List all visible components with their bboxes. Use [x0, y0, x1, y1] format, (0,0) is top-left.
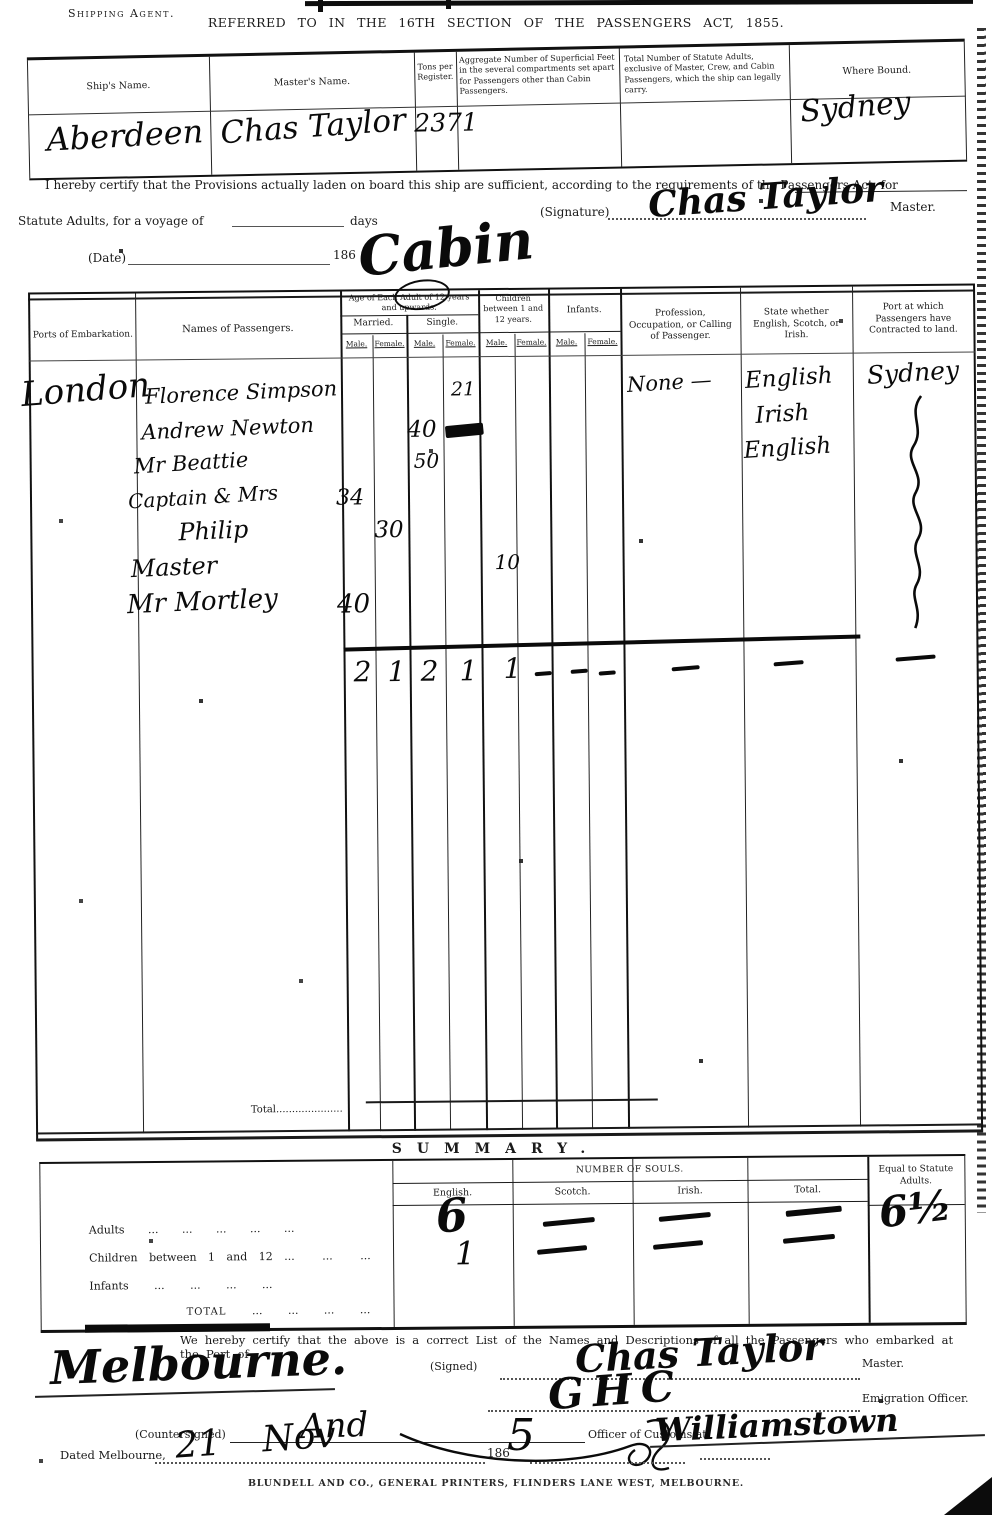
age-single-male: 50 — [414, 449, 440, 473]
female-header: Female. — [514, 338, 548, 348]
total-married-female: 1 — [388, 655, 406, 688]
passenger-name: Mr Beattie — [133, 447, 249, 478]
summary-table: NUMBER OF SOULS. English. Scotch. Irish.… — [39, 1154, 966, 1333]
date-label: (Date) — [88, 251, 126, 265]
total-infants-male — [571, 669, 588, 674]
ship-name-header: Ship's Name. — [27, 79, 209, 95]
statute-adults-header: Total Number of Statute Adults, exclusiv… — [624, 51, 785, 96]
total-married-male: 2 — [354, 655, 372, 688]
master-name-header: Master's Name. — [209, 75, 414, 91]
dated-day-script: 21 Nov — [174, 1414, 337, 1466]
total-single-female: 1 — [460, 654, 478, 687]
col-total: Total. — [747, 1184, 867, 1197]
summary-row-adults: Adults ... ... ... ... ... — [89, 1222, 295, 1237]
port-land-value: Sydney — [866, 355, 960, 390]
leader-dots: ... ... ... ... — [154, 1278, 273, 1292]
female-header: Female. — [442, 338, 478, 348]
total-children-male: 1 — [503, 652, 521, 685]
cabin-script: Cabin — [355, 207, 536, 289]
total-profession-dash — [672, 665, 700, 671]
ship-name-value: Aberdeen — [46, 112, 205, 159]
summary-row-children: Children between 1 and 12 ... ... ... — [89, 1249, 371, 1264]
female-header: Female. — [584, 337, 620, 347]
col-scotch: Scotch. — [513, 1186, 633, 1199]
nationality-value: English — [743, 433, 832, 464]
male-header: Male. — [406, 339, 442, 349]
dated-year-script: 5 — [507, 1410, 535, 1461]
leader-dots: ..................... — [276, 1104, 343, 1116]
port-land-header: Port at which Passengers have Contracted… — [858, 302, 968, 338]
ports-header: Ports of Embarkation. — [30, 330, 135, 343]
dated-line — [700, 1458, 770, 1460]
age-married-male: 40 — [337, 589, 370, 619]
male-header: Male. — [478, 338, 514, 348]
tons-value: 2371 — [414, 107, 478, 137]
profession-value: None — — [626, 368, 712, 397]
age-married-female: 30 — [374, 517, 404, 543]
statute-adults-line: Statute Adults, for a voyage of — [18, 214, 203, 228]
date-line — [128, 264, 330, 265]
total-infants-female — [599, 670, 616, 675]
dated-line — [155, 1462, 485, 1464]
passenger-name: Captain & Mrs — [127, 480, 278, 513]
leader-dots: ... ... ... ... — [252, 1303, 371, 1317]
souls-header: NUMBER OF SOULS. — [392, 1163, 867, 1179]
summary-row-total: TOTAL ... ... ... ... — [187, 1303, 371, 1318]
adults-total-dash — [786, 1206, 842, 1217]
total-nationality-dash — [774, 660, 804, 666]
ink-scribble — [445, 423, 484, 439]
infants-header: Infants. — [548, 305, 620, 317]
passenger-name: Florence Simpson — [145, 376, 338, 409]
passenger-name: Andrew Newton — [141, 413, 315, 445]
blank-line — [232, 226, 344, 227]
scan-artifact-bar — [85, 1323, 270, 1333]
scan-artifact-nub — [446, 0, 451, 9]
signature-label: (Signature) — [540, 205, 609, 219]
children-total-dash — [783, 1234, 835, 1244]
tons-header: Tons per Register. — [414, 62, 456, 84]
male-header: Male. — [548, 337, 584, 347]
profession-header: Profession, Occupation, or Calling of Pa… — [628, 308, 732, 344]
single-header: Single. — [406, 317, 478, 329]
age-children-male: 10 — [495, 550, 521, 574]
children-header: Children between 1 and 12 years. — [479, 294, 547, 326]
totals-rule — [343, 635, 860, 652]
superficial-feet-header: Aggregate Number of Superficial Feet in … — [459, 53, 617, 98]
dated-line — [530, 1462, 685, 1464]
passenger-name: Philip — [178, 515, 249, 546]
statute-adults-value: 6½ — [876, 1180, 954, 1237]
age-single-female: 21 — [451, 378, 475, 400]
children-scotch-dash — [537, 1245, 587, 1254]
children-irish-dash — [653, 1240, 703, 1249]
ship-info-table: Ship's Name. Master's Name. Tons per Reg… — [27, 39, 967, 181]
total-single-male: 2 — [421, 655, 439, 688]
total-children-female — [535, 671, 552, 676]
printer-imprint: BLUNDELL AND CO., GENERAL PRINTERS, FLIN… — [0, 1478, 992, 1489]
where-bound-header: Where Bound. — [789, 64, 964, 80]
year-prefix: 186 — [333, 248, 356, 262]
signed-label: (Signed) — [430, 1360, 477, 1373]
page-title: REFERRED TO IN THE 16TH SECTION OF THE P… — [0, 15, 992, 30]
nationality-header: State whether English, Scotch, or Irish. — [746, 307, 846, 343]
col-irish: Irish. — [633, 1185, 748, 1198]
summary-row-infants: Infants ... ... ... ... — [89, 1278, 272, 1293]
port-of-embark-script: Melbourne. — [49, 1331, 348, 1395]
total-port-dash — [895, 654, 935, 661]
names-header: Names of Passengers. — [135, 322, 340, 337]
where-bound-value: Sydney — [799, 85, 912, 130]
ditto-squiggle — [897, 394, 933, 632]
master-label: Master. — [862, 1357, 904, 1370]
passenger-table: Ports of Embarkation. Names of Passenger… — [28, 283, 983, 1146]
embarkation-port: London — [20, 365, 152, 415]
table-total-label: Total..................... — [251, 1104, 343, 1116]
passenger-name: Master — [130, 551, 218, 583]
age-single-male: 40 — [407, 417, 437, 443]
married-header: Married. — [340, 318, 406, 330]
adults-scotch-dash — [543, 1217, 595, 1227]
children-english-value: 1 — [455, 1234, 476, 1272]
adults-irish-dash — [659, 1212, 711, 1222]
scanned-passenger-list-document: Shipping Agent. REFERRED TO IN THE 16TH … — [0, 0, 992, 1515]
dated-label: Dated Melbourne, — [60, 1448, 166, 1462]
nationality-value: Irish — [754, 400, 810, 429]
nationality-value: English — [744, 363, 833, 394]
passenger-name: Mr Mortley — [126, 584, 278, 621]
male-header: Male. — [340, 339, 372, 349]
leader-dots: ... ... ... — [284, 1249, 371, 1263]
scan-specks — [0, 0, 2, 2]
age-married-male: 34 — [336, 485, 364, 510]
female-header: Female. — [372, 339, 406, 349]
master-label: Master. — [890, 200, 936, 214]
scan-artifact-nub — [318, 0, 323, 12]
leader-dots: ... ... ... ... ... — [148, 1222, 295, 1236]
scan-artifact-top-bar — [305, 0, 973, 6]
